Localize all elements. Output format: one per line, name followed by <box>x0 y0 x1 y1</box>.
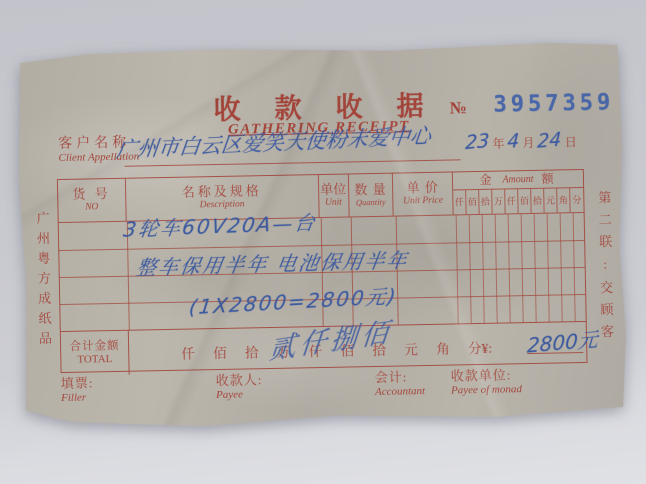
footer-payee-unit-en: Payee of monad <box>451 383 522 397</box>
column-header-quantity-en: Quantity <box>356 197 386 207</box>
column-header-quantity: 数 量 Quantity <box>348 174 394 217</box>
amount-digit-shi2: 拾 <box>531 189 544 213</box>
total-label-cn: 合计金额 <box>69 340 119 354</box>
receipt-paper-wrap: 收款收据 GATHERING RECEIPT № 3957359 客户名称 Cl… <box>16 40 627 430</box>
date-day-value: 24 <box>537 128 562 152</box>
footer-filler-en: Filler <box>61 391 94 404</box>
copy-designation-vertical: 第二联:交顾客 <box>594 190 617 400</box>
total-handwritten-amount: 2800元 <box>526 323 598 359</box>
printer-name-vertical: 广州粤方成纸品 <box>32 211 54 391</box>
amount-digit-bai1: 佰 <box>466 190 479 214</box>
column-header-no: 货 号 NO <box>58 179 126 222</box>
amount-digit-qian2: 仟 <box>505 189 518 213</box>
receipt-paper: 收款收据 GATHERING RECEIPT № 3957359 客户名称 Cl… <box>16 40 627 430</box>
amount-digit-bai2: 佰 <box>518 189 531 213</box>
column-header-unit-en: Unit <box>325 198 342 209</box>
date-month-value: 4 <box>507 130 520 153</box>
total-label-en: TOTAL <box>77 353 112 366</box>
footer-filler: 填票: Filler <box>61 376 94 404</box>
column-header-unit: 单位 Unit <box>319 174 350 217</box>
footer-accountant: 会计: Accountant <box>375 370 426 399</box>
footer-filler-cn: 填票: <box>61 376 94 392</box>
column-header-no-cn: 货 号 <box>72 187 111 203</box>
footer-payee-cn: 收款人: <box>216 373 263 389</box>
footer-payee-en: Payee <box>216 388 263 402</box>
column-header-unit-cn: 单位 <box>320 183 346 198</box>
column-header-unit-price-cn: 单 价 <box>407 181 440 197</box>
amount-digit-wan: 万 <box>492 189 505 213</box>
photo-background: { "receipt": { "title_cn": "收款收据", "titl… <box>0 0 646 484</box>
total-label: 合计金额 TOTAL <box>61 331 130 376</box>
amount-digit-jiao: 角 <box>557 188 570 212</box>
footer-payee: 收款人: Payee <box>216 373 263 401</box>
footer-payee-unit: 收款单位: Payee of monad <box>451 368 522 397</box>
date-year-value: 23 <box>465 130 490 154</box>
amount-header-cn-right: 额 <box>541 172 556 186</box>
column-header-quantity-cn: 数 量 <box>354 182 387 198</box>
amount-digit-fen: 分 <box>570 188 583 212</box>
column-header-unit-price-en: Unit Price <box>403 196 443 208</box>
date-month-label: 月 <box>522 136 534 150</box>
date-day-label: 日 <box>565 135 577 149</box>
date-line: 23年4月24日 <box>464 129 579 153</box>
amount-header-cn-left: 金 <box>479 173 494 187</box>
receipt-no-value: 3957359 <box>493 90 614 117</box>
total-body: 仟 佰 拾 万 仟 佰 拾 元 角 分¥: 贰仟捌佰 2800元 <box>129 322 587 375</box>
amount-digit-shi1: 拾 <box>479 190 492 214</box>
column-header-amount: 金 Amount 额 仟 佰 拾 万 仟 佰 拾 元 角 分 <box>453 170 584 214</box>
amount-digit-qian1: 仟 <box>453 190 466 214</box>
amount-digit-columns: 仟 佰 拾 万 仟 佰 拾 元 角 分 <box>453 188 583 214</box>
amount-header-en: Amount <box>502 174 533 186</box>
column-header-description-cn: 名称及规格 <box>182 184 262 200</box>
column-header-unit-price: 单 价 Unit Price <box>393 172 453 215</box>
date-year-label: 年 <box>492 136 504 150</box>
footer-payee-unit-cn: 收款单位: <box>451 368 522 384</box>
footer-accountant-cn: 会计: <box>375 370 425 386</box>
receipt-no-label: № <box>449 98 466 118</box>
amount-digit-yuan: 元 <box>544 188 557 212</box>
column-header-no-en: NO <box>85 202 98 213</box>
footer-accountant-en: Accountant <box>375 385 425 399</box>
